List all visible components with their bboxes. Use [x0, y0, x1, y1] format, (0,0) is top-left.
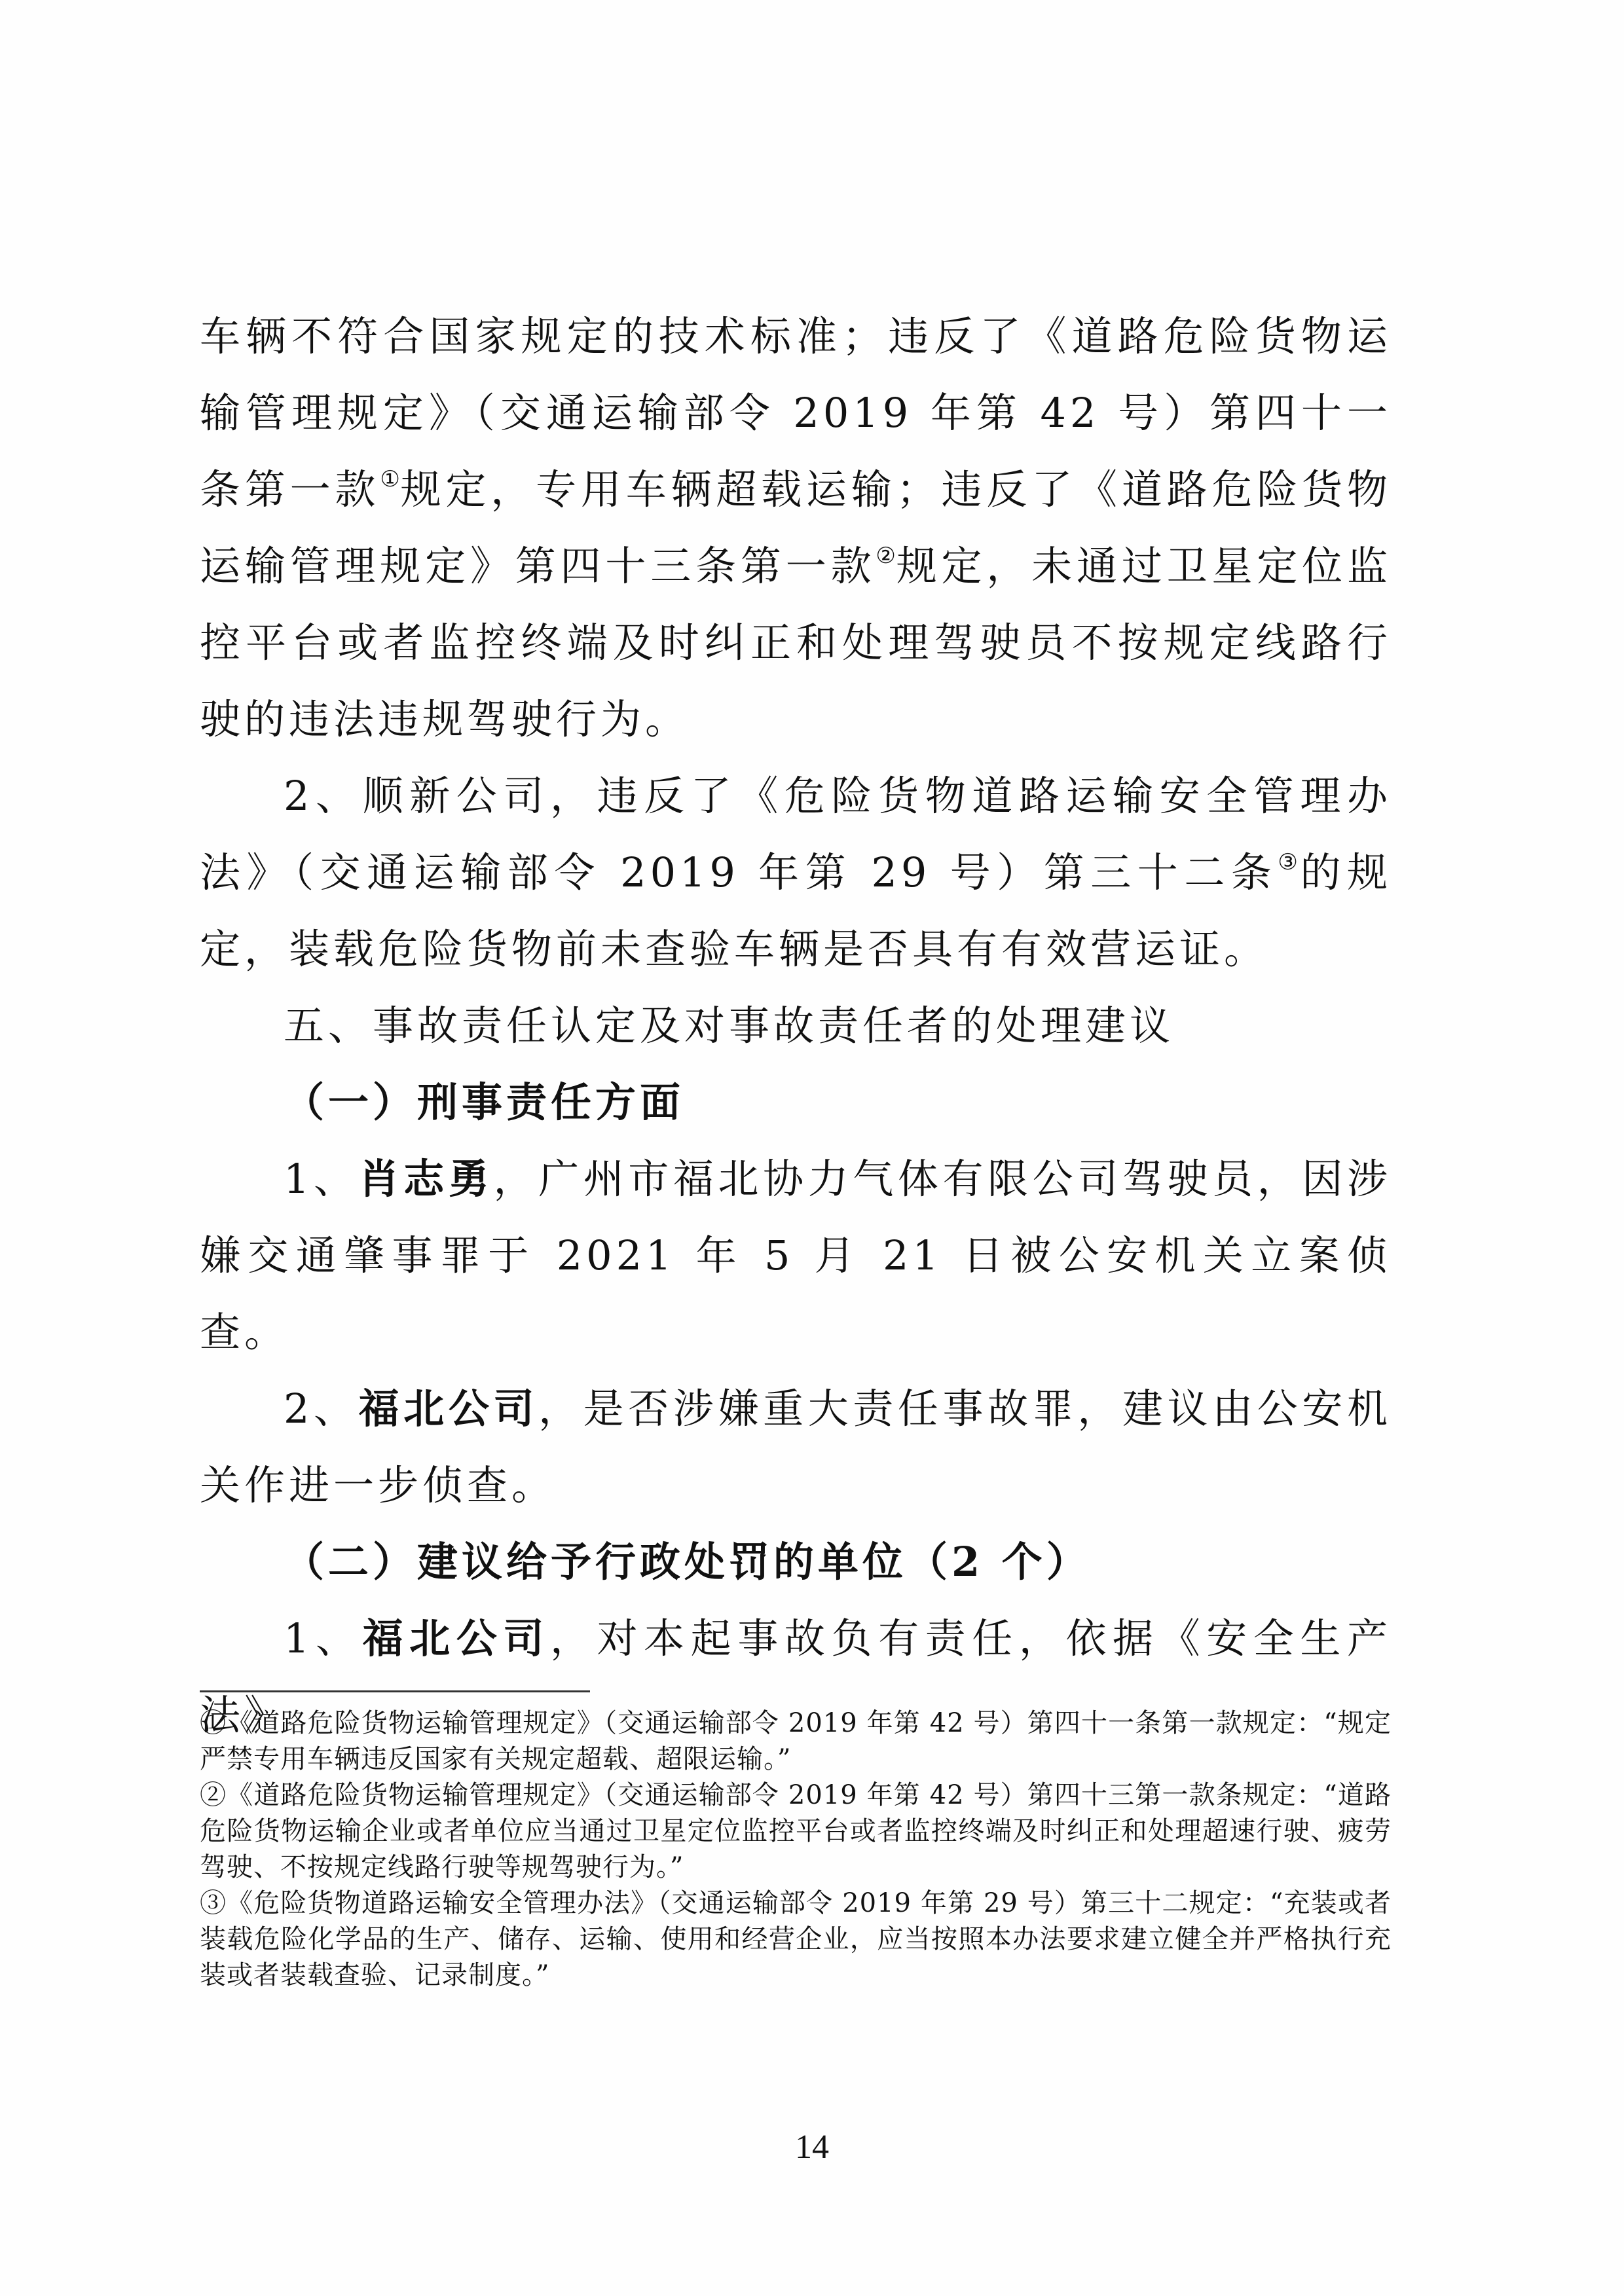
section-heading: 五、事故责任认定及对事故责任者的处理建议 — [200, 987, 1392, 1064]
subheading-criminal-liability: （一）刑事责任方面 — [200, 1064, 1392, 1140]
page-number: 14 — [0, 2128, 1624, 2166]
person-name: 肖志勇 — [359, 1155, 494, 1203]
footnote-3: ③《危险货物道路运输安全管理办法》（交通运输部令 2019 年第 29 号）第三… — [200, 1886, 1392, 1994]
paragraph-company-criminal: 2、福北公司，是否涉嫌重大责任事故罪，建议由公安机关作进一步侦查。 — [200, 1370, 1392, 1523]
company-name: 福北公司 — [359, 1385, 538, 1432]
footnote-2: ②《道路危险货物运输管理规定》（交通运输部令 2019 年第 42 号）第四十三… — [200, 1777, 1392, 1886]
paragraph-violations-fubei: 车辆不符合国家规定的技术标准；违反了《道路危险货物运输管理规定》（交通运输部令 … — [200, 298, 1392, 757]
footnote-1: ①《道路危险货物运输管理规定》（交通运输部令 2019 年第 42 号）第四十一… — [200, 1705, 1392, 1777]
footnote-ref-3[interactable]: ③ — [1278, 849, 1300, 875]
company-name: 福北公司 — [363, 1614, 550, 1662]
text-segment: 2、顺新公司，违反了《危险货物道路运输安全管理办法》（交通运输部令 2019 年… — [200, 772, 1392, 896]
footnotes: ①《道路危险货物运输管理规定》（交通运输部令 2019 年第 42 号）第四十一… — [200, 1705, 1392, 1994]
paragraph-driver: 1、肖志勇，广州市福北协力气体有限公司驾驶员，因涉嫌交通肇事罪于 2021 年 … — [200, 1140, 1392, 1370]
item-number: 1、 — [284, 1614, 363, 1662]
footnote-divider — [200, 1690, 590, 1692]
document-page: 车辆不符合国家规定的技术标准；违反了《道路危险货物运输管理规定》（交通运输部令 … — [0, 0, 1624, 2296]
subheading-administrative-penalty: （二）建议给予行政处罚的单位（2 个） — [200, 1523, 1392, 1600]
paragraph-violations-shunxin: 2、顺新公司，违反了《危险货物道路运输安全管理办法》（交通运输部令 2019 年… — [200, 757, 1392, 987]
footnote-ref-2[interactable]: ② — [876, 543, 896, 569]
item-number: 1、 — [284, 1155, 359, 1203]
item-number: 2、 — [284, 1385, 359, 1432]
footnote-ref-1[interactable]: ① — [380, 466, 400, 492]
body-text: 车辆不符合国家规定的技术标准；违反了《道路危险货物运输管理规定》（交通运输部令 … — [200, 298, 1392, 1753]
